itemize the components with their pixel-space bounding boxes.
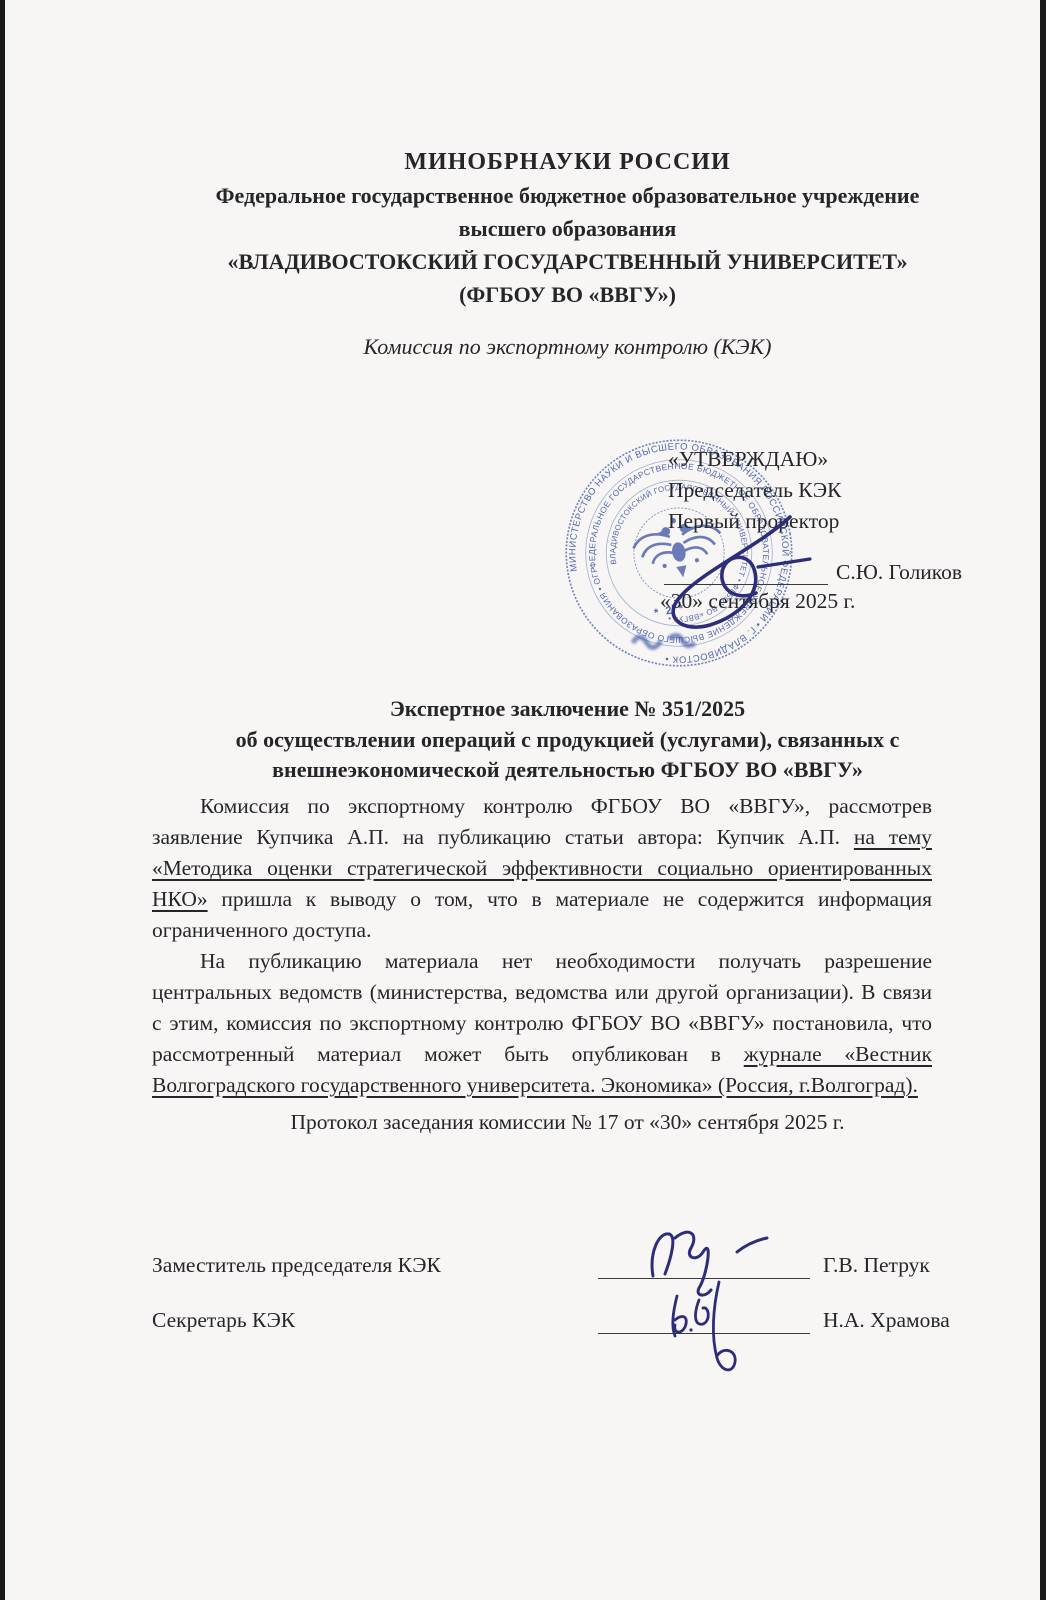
body-line: Волгоградского государственного универси… <box>152 1070 932 1101</box>
scan-edge-right <box>1040 0 1046 1600</box>
university-name: «ВЛАДИВОСТОКСКИЙ ГОСУДАРСТВЕННЫЙ УНИВЕРС… <box>195 245 940 278</box>
scanned-document-page: МИНОБРНАУКИ РОССИИ Федеральное государст… <box>0 0 1046 1600</box>
signatory-role-secretary: Секретарь КЭК <box>152 1308 295 1333</box>
document-title: Экспертное заключение № 351/2025 об осущ… <box>195 694 940 786</box>
title-number-line: Экспертное заключение № 351/2025 <box>195 694 940 725</box>
body-line: с этим, комиссия по экспортному контролю… <box>152 1008 932 1039</box>
body-line: НКО» пришла к выводу о том, что в матери… <box>152 884 932 915</box>
commission-name: Комиссия по экспортному контролю (КЭК) <box>195 334 940 360</box>
signatory-name-petruk: Г.В. Петрук <box>823 1253 930 1278</box>
body-line: рассмотренный материал может быть опубли… <box>152 1039 932 1070</box>
body-line: «Методика оценки стратегической эффектив… <box>152 853 932 884</box>
approver-role: Председатель КЭК <box>668 478 841 503</box>
letterhead: МИНОБРНАУКИ РОССИИ Федеральное государст… <box>195 146 940 311</box>
university-abbreviation: (ФГБОУ ВО «ВВГУ») <box>195 278 940 311</box>
protocol-line: Протокол заседания комиссии № 17 от «30»… <box>195 1110 940 1135</box>
khramova-signature <box>663 1278 773 1378</box>
signatory-name-khramova: Н.А. Храмова <box>823 1308 950 1333</box>
body-paragraphs: Комиссия по экспортному контролю ФГБОУ В… <box>152 791 932 1101</box>
ministry-name: МИНОБРНАУКИ РОССИИ <box>195 146 940 179</box>
approver-name: С.Ю. Голиков <box>836 560 962 585</box>
approval-word: «УТВЕРЖДАЮ» <box>668 447 828 472</box>
scan-edge-left <box>0 0 5 1600</box>
body-line: заявление Купчика А.П. на публикацию ста… <box>152 822 932 853</box>
signatory-role-deputy-chair: Заместитель председателя КЭК <box>152 1253 441 1278</box>
body-line: Комиссия по экспортному контролю ФГБОУ В… <box>152 791 932 822</box>
title-subject-line2: внешнеэкономической деятельностью ФГБОУ … <box>195 755 940 786</box>
body-line: На публикацию материала нет необходимост… <box>152 946 932 977</box>
golikov-signature <box>630 505 830 645</box>
body-line: центральных ведомств (министерства, ведо… <box>152 977 932 1008</box>
institution-type-line1: Федеральное государственное бюджетное об… <box>195 179 940 212</box>
institution-type-line2: высшего образования <box>195 212 940 245</box>
title-subject-line1: об осуществлении операций с продукцией (… <box>195 725 940 756</box>
body-line: ограниченного доступа. <box>152 915 932 946</box>
